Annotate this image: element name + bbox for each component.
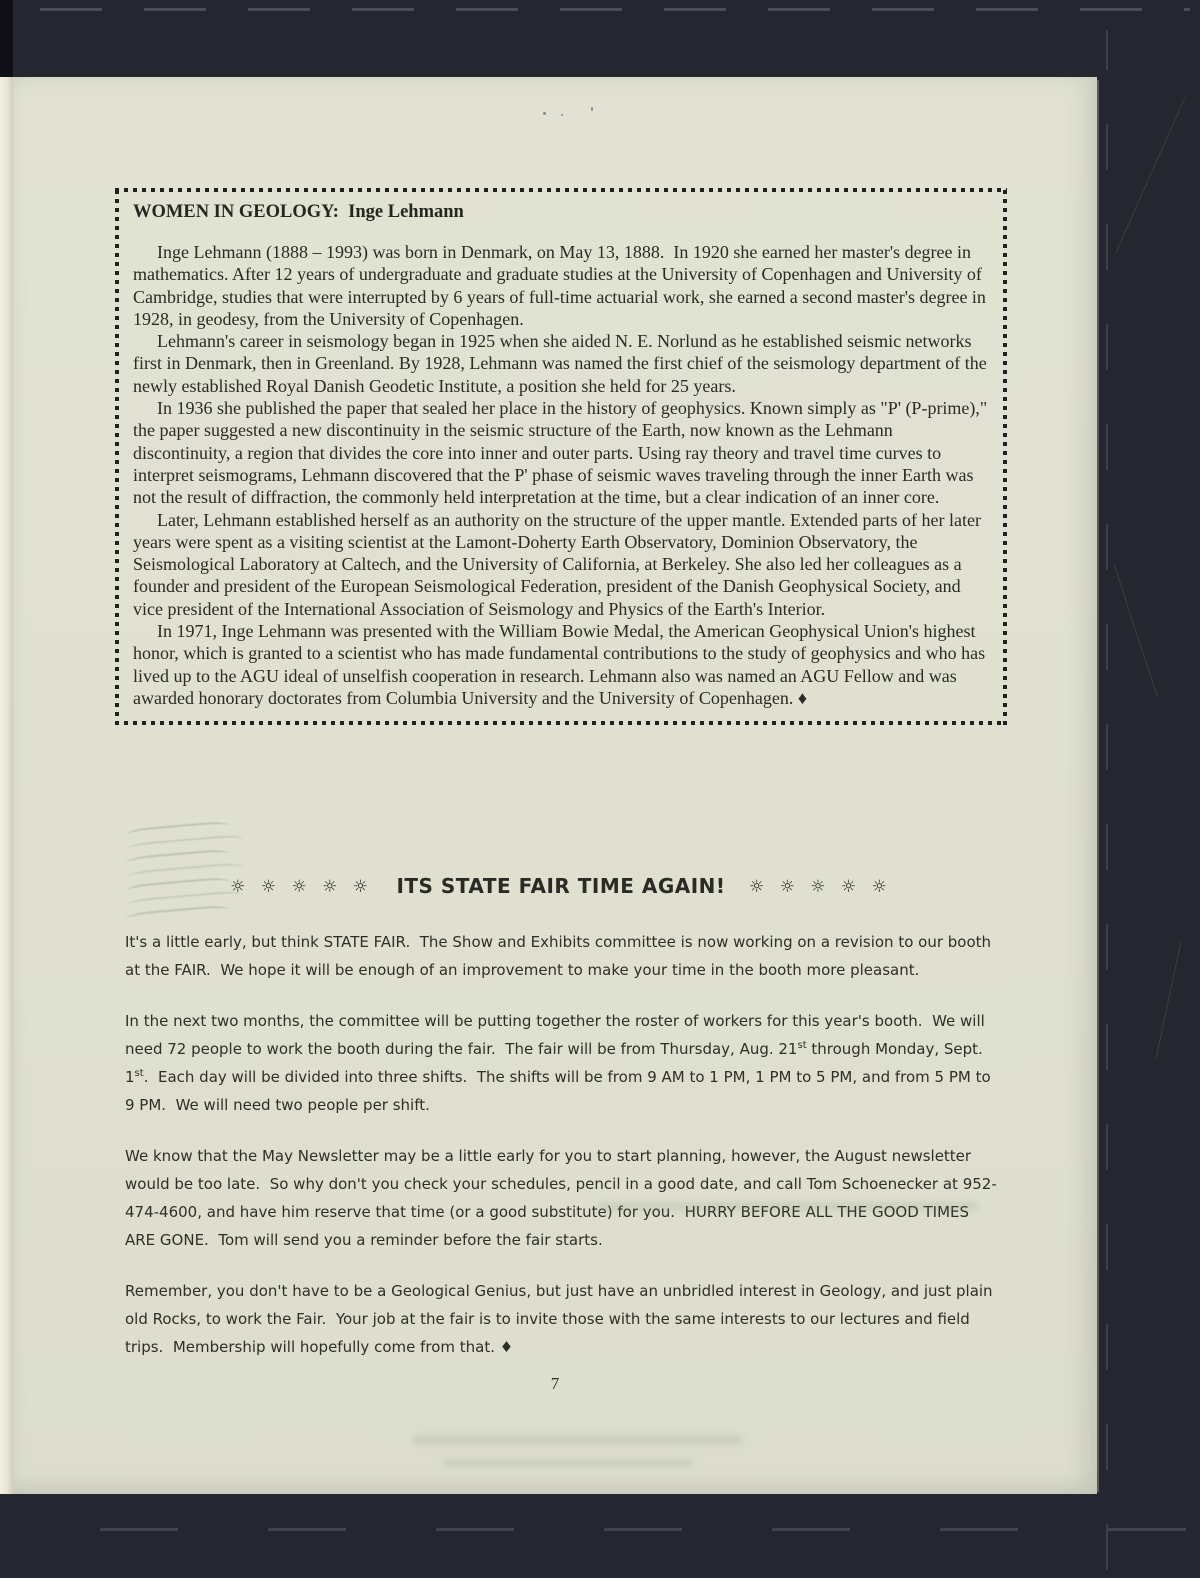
dotted-border-top [115,188,1007,192]
scanned-newsletter-page: WOMEN IN GEOLOGY: Inge Lehmann Inge Lehm… [0,0,1200,1578]
ink-showthrough [413,1435,743,1444]
scan-scratch [1113,563,1157,696]
newsletter-page: WOMEN IN GEOLOGY: Inge Lehmann Inge Lehm… [13,77,1097,1494]
article-paragraph: Inge Lehmann (1888 – 1993) was born in D… [133,241,989,330]
film-strip-marks-bottom [100,1528,1200,1531]
dust-speck [591,107,593,111]
page-left-edge [0,77,13,1494]
page-right-edge-highlight [1097,80,1099,1492]
scan-corner-shadow [0,0,13,77]
dotted-border-right [1003,188,1007,725]
article-paragraph: Lehmann's career in seismology began in … [133,330,989,397]
fair-paragraph: In the next two months, the committee wi… [125,1007,997,1119]
article-paragraph: In 1936 she published the paper that sea… [133,397,989,508]
sun-icons-left: ☼ ☼ ☼ ☼ ☼ [230,877,373,897]
fair-heading-title: ITS STATE FAIR TIME AGAIN! [396,874,725,898]
ink-showthrough [443,1459,693,1467]
fair-paragraph: We know that the May Newsletter may be a… [125,1142,997,1254]
ink-showthrough [598,1202,978,1211]
film-strip-marks-top [40,8,1190,11]
article-box: WOMEN IN GEOLOGY: Inge Lehmann Inge Lehm… [115,188,1007,725]
binding-stitch-marks [1106,30,1108,1570]
article-title: WOMEN IN GEOLOGY: Inge Lehmann [133,202,989,223]
state-fair-section: ☼ ☼ ☼ ☼ ☼ ITS STATE FAIR TIME AGAIN! ☼ ☼… [125,874,997,1384]
dust-speck [543,112,546,115]
article-paragraph: In 1971, Inge Lehmann was presented with… [133,620,989,709]
dust-speck [561,114,563,116]
scan-scratch [1156,941,1182,1059]
fair-paragraph: Remember, you don't have to be a Geologi… [125,1277,997,1361]
fair-heading: ☼ ☼ ☼ ☼ ☼ ITS STATE FAIR TIME AGAIN! ☼ ☼… [125,874,997,898]
scan-scratch [1115,97,1185,253]
dotted-border-left [115,188,119,725]
page-number: 7 [13,1374,1097,1394]
dotted-border-bottom [115,721,1007,725]
fair-paragraph: It's a little early, but think STATE FAI… [125,928,997,984]
sun-icons-right: ☼ ☼ ☼ ☼ ☼ [749,877,892,897]
article-paragraph: Later, Lehmann established herself as an… [133,509,989,620]
